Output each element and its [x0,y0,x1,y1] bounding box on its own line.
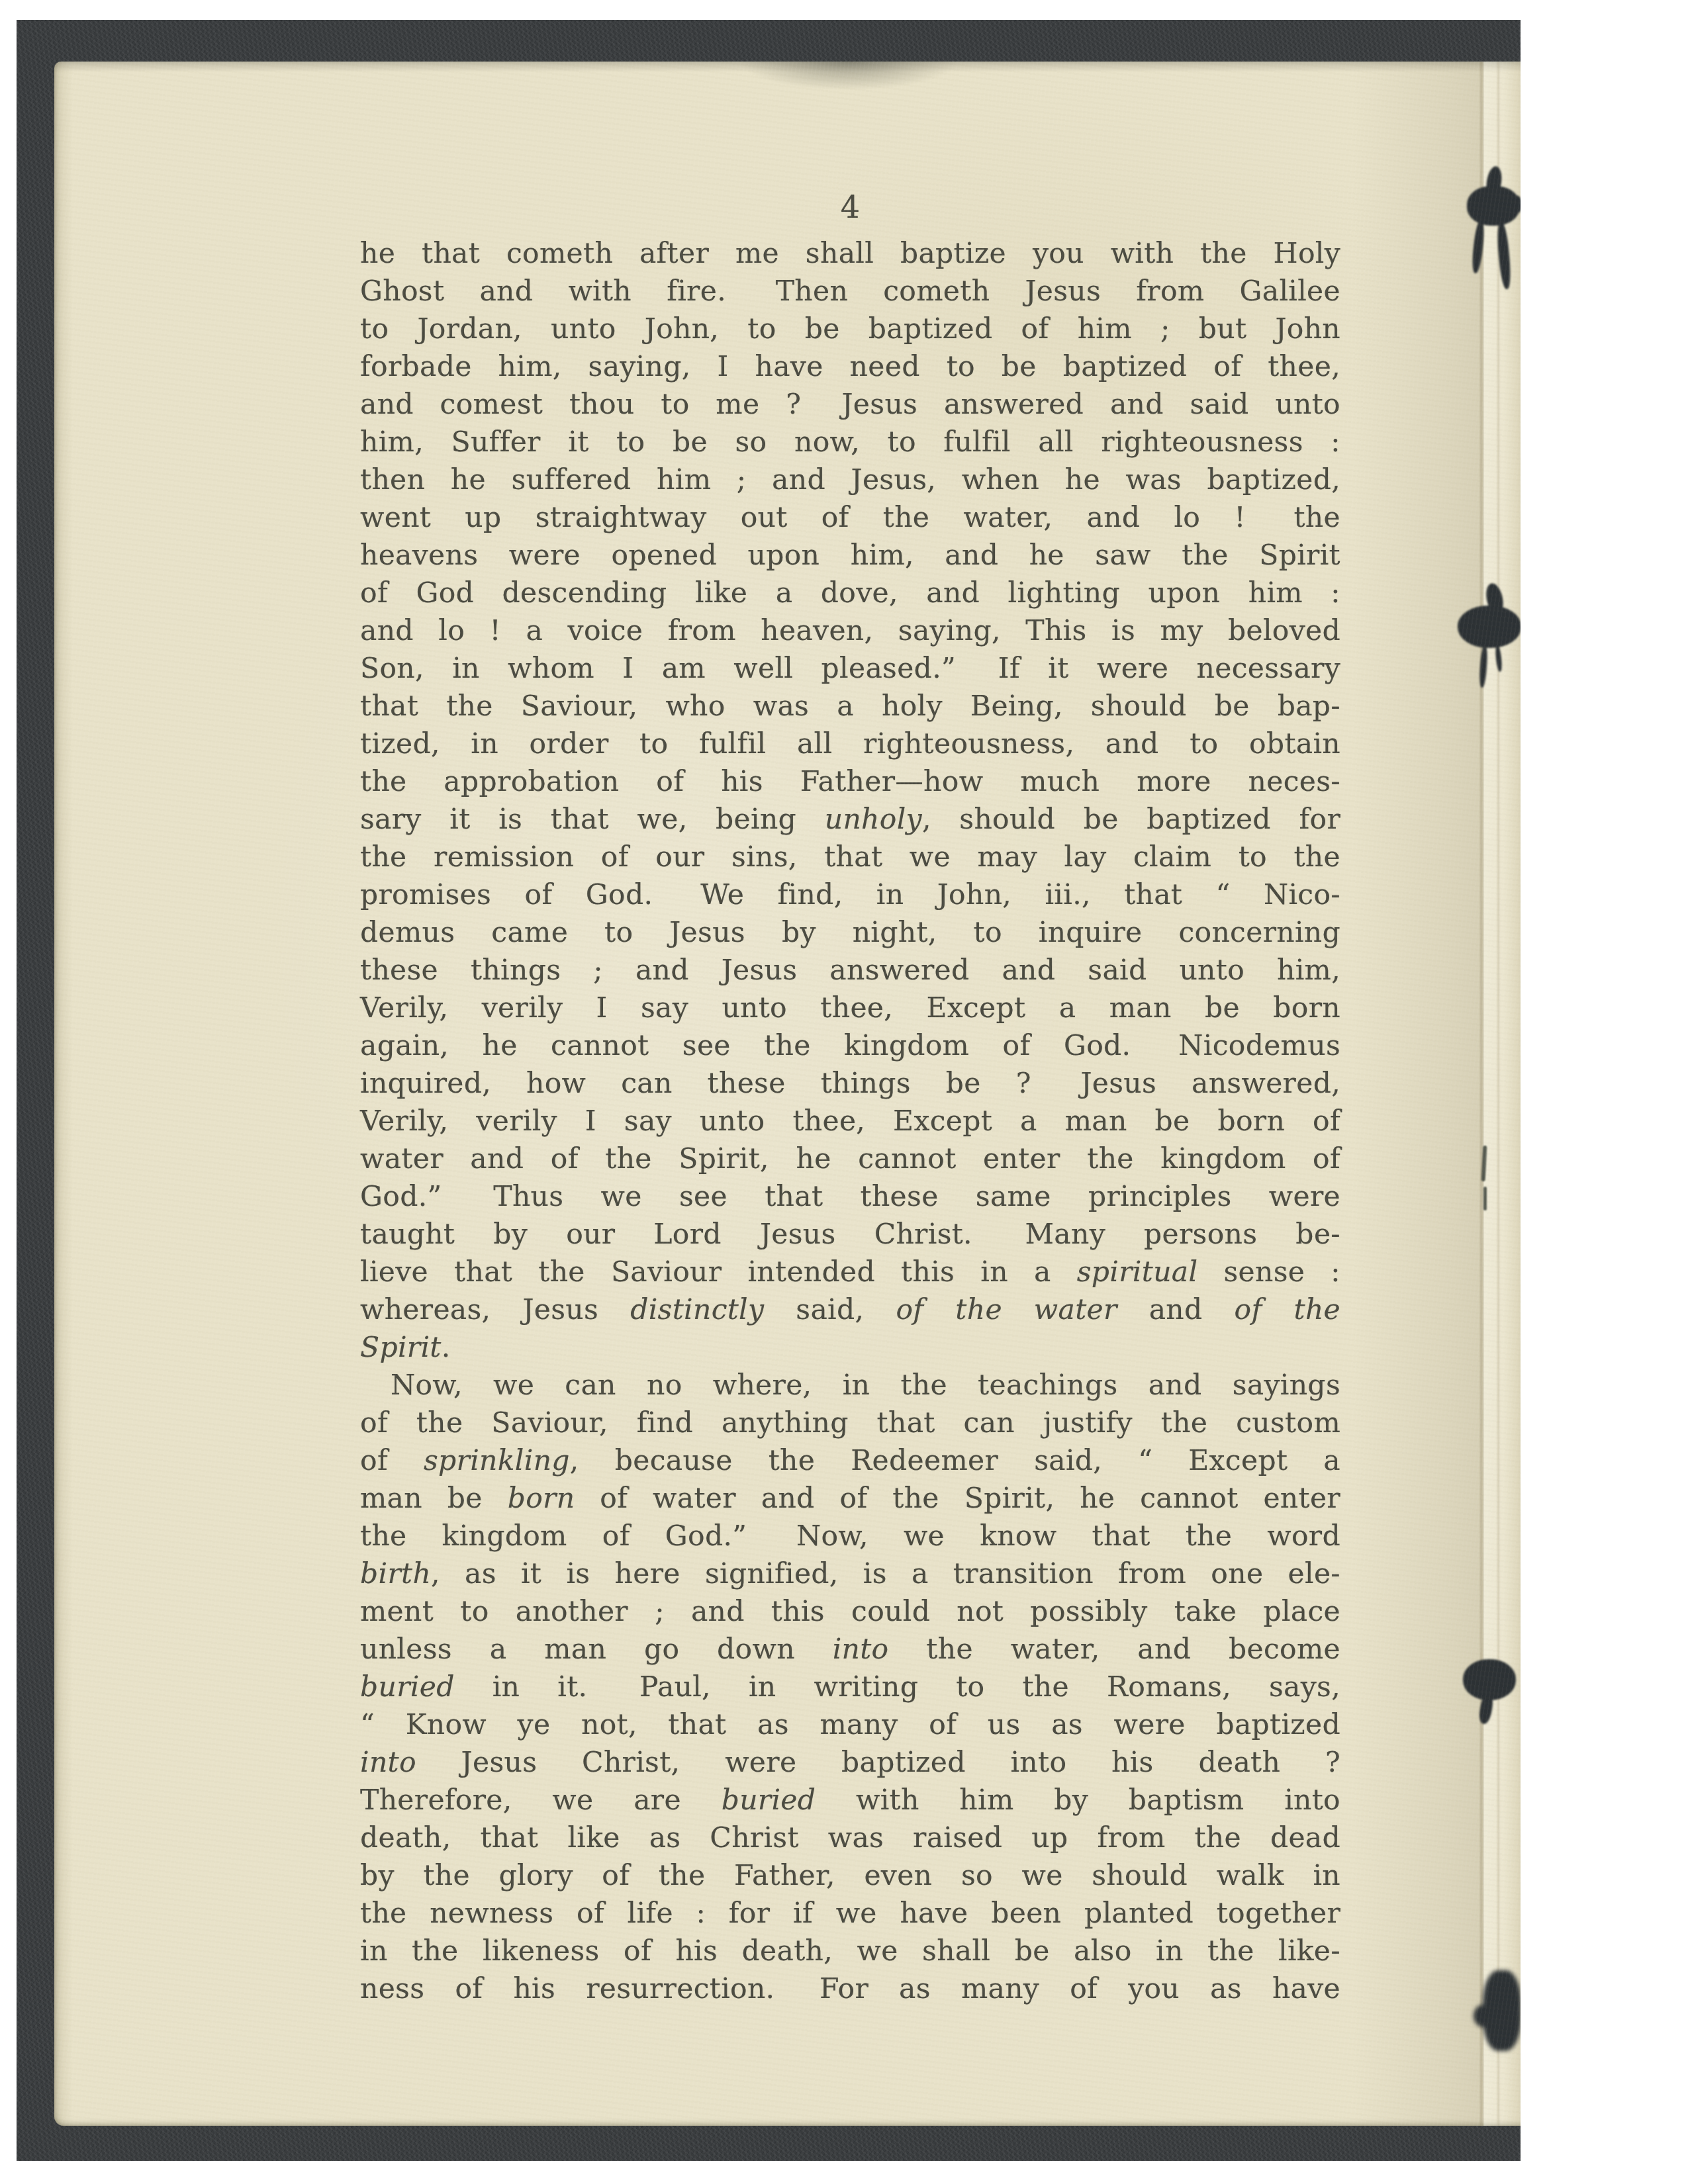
text-line: Now, we can no where, in the teachings a… [360,1367,1340,1404]
text-line: into Jesus Christ, were baptized into hi… [360,1744,1340,1782]
text-segment: Ghost and with fire. Then cometh Jesus f… [360,275,1340,308]
italic-text-segment: unholy [825,803,922,836]
text-segment: of God descending like a dove, and light… [360,577,1340,610]
text-line: in the likeness of his death, we shall b… [360,1933,1340,1970]
text-segment: the water, and become [889,1633,1340,1666]
text-segment: “ Know ye not, that as many of us as wer… [360,1709,1340,1741]
text-segment: death, that like as Christ was raised up… [360,1822,1340,1854]
text-line: that the Saviour, who was a holy Being, … [360,688,1340,725]
text-segment: the remission of our sins, that we may l… [360,841,1340,874]
text-line: Verily, verily I say unto thee, Except a… [360,989,1340,1027]
text-segment: again, he cannot see the kingdom of God.… [360,1030,1340,1062]
binding-ink-blob [1463,166,1521,321]
text-segment: Son, in whom I am well pleased.” If it w… [360,653,1340,685]
text-segment: sense : [1197,1256,1340,1289]
text-line: of God descending like a dove, and light… [360,574,1340,612]
text-line: man be born of water and of the Spirit, … [360,1480,1340,1518]
text-line: the kingdom of God.” Now, we know that t… [360,1518,1340,1555]
italic-text-segment: born [508,1482,575,1515]
text-segment: of water and of the Spirit, he cannot en… [575,1482,1340,1515]
italic-text-segment: birth [360,1558,431,1590]
text-segment: then he suffered him ; and Jesus, when h… [360,464,1340,496]
text-line: demus came to Jesus by night, to inquire… [360,914,1340,952]
text-line: lieve that the Saviour intended this in … [360,1253,1340,1291]
text-line: of the Saviour, find anything that can j… [360,1404,1340,1442]
text-segment: water and of the Spirit, he cannot enter… [360,1143,1340,1175]
page-number: 4 [360,189,1340,228]
text-line: him, Suffer it to be so now, to fulfil a… [360,424,1340,461]
text-segment: heavens were opened upon him, and he saw… [360,539,1340,572]
text-line: the approbation of his Father—how much m… [360,763,1340,801]
text-segment: went up straightway out of the water, an… [360,502,1340,534]
text-line: Son, in whom I am well pleased.” If it w… [360,650,1340,688]
text-line: ness of his resurrection. For as many of… [360,1970,1340,2008]
italic-text-segment: into [360,1747,416,1779]
text-segment: Verily, verily I say unto thee, Except a… [360,1105,1340,1138]
italic-text-segment: into [833,1633,889,1666]
text-line: God.” Thus we see that these same princi… [360,1178,1340,1216]
text-segment: , should be baptized for [922,803,1340,836]
text-line: buried in it. Paul, in writing to the Ro… [360,1668,1340,1706]
text-segment: Verily, verily I say unto thee, Except a… [360,992,1340,1024]
text-line: the newness of life : for if we have bee… [360,1895,1340,1933]
text-line: and comest thou to me ? Jesus answered a… [360,386,1340,424]
text-line: tized, in order to fulfil all righteousn… [360,725,1340,763]
text-segment: , as it is here signified, is a transiti… [431,1558,1340,1590]
text-segment: sary it is that we, being [360,803,825,836]
text-line: Therefore, we are buried with him by bap… [360,1782,1340,1819]
text-line: the remission of our sins, that we may l… [360,839,1340,876]
text-segment: God.” Thus we see that these same princi… [360,1181,1340,1213]
stitch-thread-mark [1482,1146,1489,1210]
italic-text-segment: of the water [896,1294,1117,1326]
text-segment: promises of God. We find, in John, iii.,… [360,879,1340,911]
text-segment: taught by our Lord Jesus Christ. Many pe… [360,1218,1340,1251]
text-line: of sprinkling, because the Redeemer said… [360,1442,1340,1480]
text-segment: him, Suffer it to be so now, to fulfil a… [360,426,1340,459]
text-segment: Jesus Christ, were baptized into his dea… [416,1747,1340,1779]
text-line: water and of the Spirit, he cannot enter… [360,1140,1340,1178]
text-line: sary it is that we, being unholy, should… [360,801,1340,839]
text-line: unless a man go down into the water, and… [360,1631,1340,1668]
text-segment: of [360,1445,424,1477]
text-segment: tized, in order to fulfil all righteousn… [360,728,1340,760]
text-line: Ghost and with fire. Then cometh Jesus f… [360,273,1340,310]
text-line: by the glory of the Father, even so we s… [360,1857,1340,1895]
binding-ink-blob [1463,1659,1520,1725]
text-segment: Now, we can no where, in the teachings a… [391,1369,1340,1402]
text-segment: said, [764,1294,896,1326]
text-segment: forbade him, saying, I have need to be b… [360,351,1340,383]
text-segment: ness of his resurrection. For as many of… [360,1973,1340,2005]
text-line: heavens were opened upon him, and he saw… [360,537,1340,574]
text-segment: and lo ! a voice from heaven, saying, Th… [360,615,1340,647]
page-curl-shadow [1352,62,1484,2126]
text-segment: . [442,1332,451,1364]
text-line: inquired, how can these things be ? Jesu… [360,1065,1340,1103]
text-segment: ment to another ; and this could not pos… [360,1596,1340,1628]
text-segment: , because the Redeemer said, “ Except a [570,1445,1340,1477]
text-segment: unless a man go down [360,1633,833,1666]
text-segment: man be [360,1482,508,1515]
text-line: whereas, Jesus distinctly said, of the w… [360,1291,1340,1329]
text-segment: the approbation of his Father—how much m… [360,766,1340,798]
text-segment: that the Saviour, who was a holy Being, … [360,690,1340,723]
text-segment: to Jordan, unto John, to be baptized of … [360,313,1340,345]
text-line: and lo ! a voice from heaven, saying, Th… [360,612,1340,650]
text-segment: he that cometh after me shall baptize yo… [360,238,1340,270]
text-line: Verily, verily I say unto thee, Except a… [360,1103,1340,1140]
text-line: ment to another ; and this could not pos… [360,1593,1340,1631]
text-block: he that cometh after me shall baptize yo… [360,235,1340,2008]
italic-text-segment: distinctly [630,1294,764,1326]
text-segment: lieve that the Saviour intended this in … [360,1256,1077,1289]
text-segment: these things ; and Jesus answered and sa… [360,954,1340,987]
text-line: then he suffered him ; and Jesus, when h… [360,461,1340,499]
text-segment: the kingdom of God.” Now, we know that t… [360,1520,1340,1553]
text-segment: by the glory of the Father, even so we s… [360,1860,1340,1892]
text-segment: in it. Paul, in writing to the Romans, s… [455,1671,1340,1704]
text-line: Spirit. [360,1329,1340,1367]
binding-crease-line-2 [1497,62,1499,2126]
text-segment: of the Saviour, find anything that can j… [360,1407,1340,1439]
text-line: death, that like as Christ was raised up… [360,1819,1340,1857]
text-segment: in the likeness of his death, we shall b… [360,1935,1340,1968]
text-segment: inquired, how can these things be ? Jesu… [360,1068,1340,1100]
italic-text-segment: buried [722,1784,816,1817]
italic-text-segment: buried [360,1671,455,1704]
italic-text-segment: spiritual [1077,1256,1198,1289]
text-line: promises of God. We find, in John, iii.,… [360,876,1340,914]
text-segment: the newness of life : for if we have bee… [360,1897,1340,1930]
text-line: again, he cannot see the kingdom of God.… [360,1027,1340,1065]
text-line: went up straightway out of the water, an… [360,499,1340,537]
binding-ink-blob [1483,1970,1521,2052]
text-line: taught by our Lord Jesus Christ. Many pe… [360,1216,1340,1253]
text-segment: and [1117,1294,1235,1326]
text-segment: and comest thou to me ? Jesus answered a… [360,388,1340,421]
text-line: forbade him, saying, I have need to be b… [360,348,1340,386]
binding-ink-blob [1458,583,1521,730]
text-segment: whereas, Jesus [360,1294,630,1326]
page-edge-strip [1483,62,1521,2126]
text-line: to Jordan, unto John, to be baptized of … [360,310,1340,348]
scanned-page-photo: 4 he that cometh after me shall baptize … [0,0,1688,2184]
italic-text-segment: Spirit [360,1332,442,1364]
text-segment: with him by baptism into [816,1784,1340,1817]
text-segment: demus came to Jesus by night, to inquire… [360,917,1340,949]
book-page: 4 he that cometh after me shall baptize … [54,62,1521,2126]
text-line: these things ; and Jesus answered and sa… [360,952,1340,989]
text-line: he that cometh after me shall baptize yo… [360,235,1340,273]
text-segment: Therefore, we are [360,1784,722,1817]
text-line: birth, as it is here signified, is a tra… [360,1555,1340,1593]
italic-text-segment: sprinkling [424,1445,570,1477]
italic-text-segment: of the [1235,1294,1340,1326]
top-edge-smudge [716,62,981,104]
text-line: “ Know ye not, that as many of us as wer… [360,1706,1340,1744]
